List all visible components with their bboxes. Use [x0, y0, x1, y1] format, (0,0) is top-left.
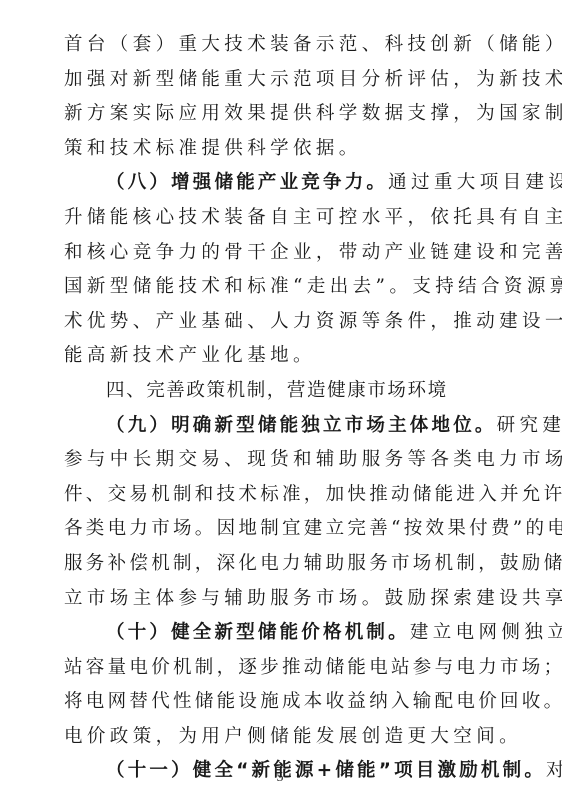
text-line: 立市场主体参与辅助服务市场。鼓励探索建设共享储能。 — [64, 582, 494, 617]
text-line: 参与中长期交易、现货和辅助服务等各类电力市场的准入条 — [64, 443, 494, 478]
text-line: 升储能核心技术装备自主可控水平，依托具有自主知识产权 — [64, 201, 494, 236]
text-line: 服务补偿机制，深化电力辅助服务市场机制，鼓励储能作为独 — [64, 547, 494, 582]
section-9-title: （九）明确新型储能独立市场主体地位。 — [106, 415, 497, 436]
text-span: 建立电网侧独立储能电 — [410, 622, 562, 643]
chapter-4-heading: 四、完善政策机制，营造健康市场环境 — [64, 374, 494, 409]
text-line: 国新型储能技术和标准“走出去”。支持结合资源禀赋、技 — [64, 270, 494, 305]
document-page: 首台（套）重大技术装备示范、科技创新（储能）试点示范。 加强对新型储能重大示范项… — [0, 0, 562, 810]
body-text: 首台（套）重大技术装备示范、科技创新（储能）试点示范。 加强对新型储能重大示范项… — [64, 28, 494, 789]
section-9-first-line: （九）明确新型储能独立市场主体地位。研究建立储能 — [64, 409, 494, 444]
text-line: 站容量电价机制，逐步推动储能电站参与电力市场；研究探索 — [64, 651, 494, 686]
text-line: 新方案实际应用效果提供科学数据支撑，为国家制定产业政 — [64, 97, 494, 132]
text-span: 对于配 — [546, 760, 562, 781]
section-10-title: （十）健全新型储能价格机制。 — [106, 622, 410, 643]
section-8-title: （八）增强储能产业竞争力。 — [106, 172, 388, 193]
section-11-title: （十一）健全“新能源+储能”项目激励机制。 — [106, 760, 546, 781]
page-number: 5 — [270, 770, 290, 786]
text-line: 首台（套）重大技术装备示范、科技创新（储能）试点示范。 — [64, 28, 494, 63]
text-line: 件、交易机制和技术标准，加快推动储能进入并允许同时参与 — [64, 478, 494, 513]
text-line: 加强对新型储能重大示范项目分析评估，为新技术、新产品、 — [64, 63, 494, 98]
section-8-first-line: （八）增强储能产业竞争力。通过重大项目建设引导提 — [64, 166, 494, 201]
text-span: 研究建立储能 — [497, 415, 562, 436]
text-line: 术优势、产业基础、人力资源等条件，推动建设一批国家储 — [64, 305, 494, 340]
text-line: 将电网替代性储能设施成本收益纳入输配电价回收。完善峰谷 — [64, 685, 494, 720]
text-line: 和核心竞争力的骨干企业，带动产业链建设和完善。支持中 — [64, 236, 494, 271]
text-line: 能高新技术产业化基地。 — [64, 339, 494, 374]
text-line: 策和技术标准提供科学依据。 — [64, 132, 494, 167]
text-line: 各类电力市场。因地制宜建立完善“按效果付费”的电力辅助 — [64, 512, 494, 547]
text-line: 电价政策，为用户侧储能发展创造更大空间。 — [64, 720, 494, 755]
section-10-first-line: （十）健全新型储能价格机制。建立电网侧独立储能电 — [64, 616, 494, 651]
text-span: 通过重大项目建设引导提 — [388, 172, 562, 193]
